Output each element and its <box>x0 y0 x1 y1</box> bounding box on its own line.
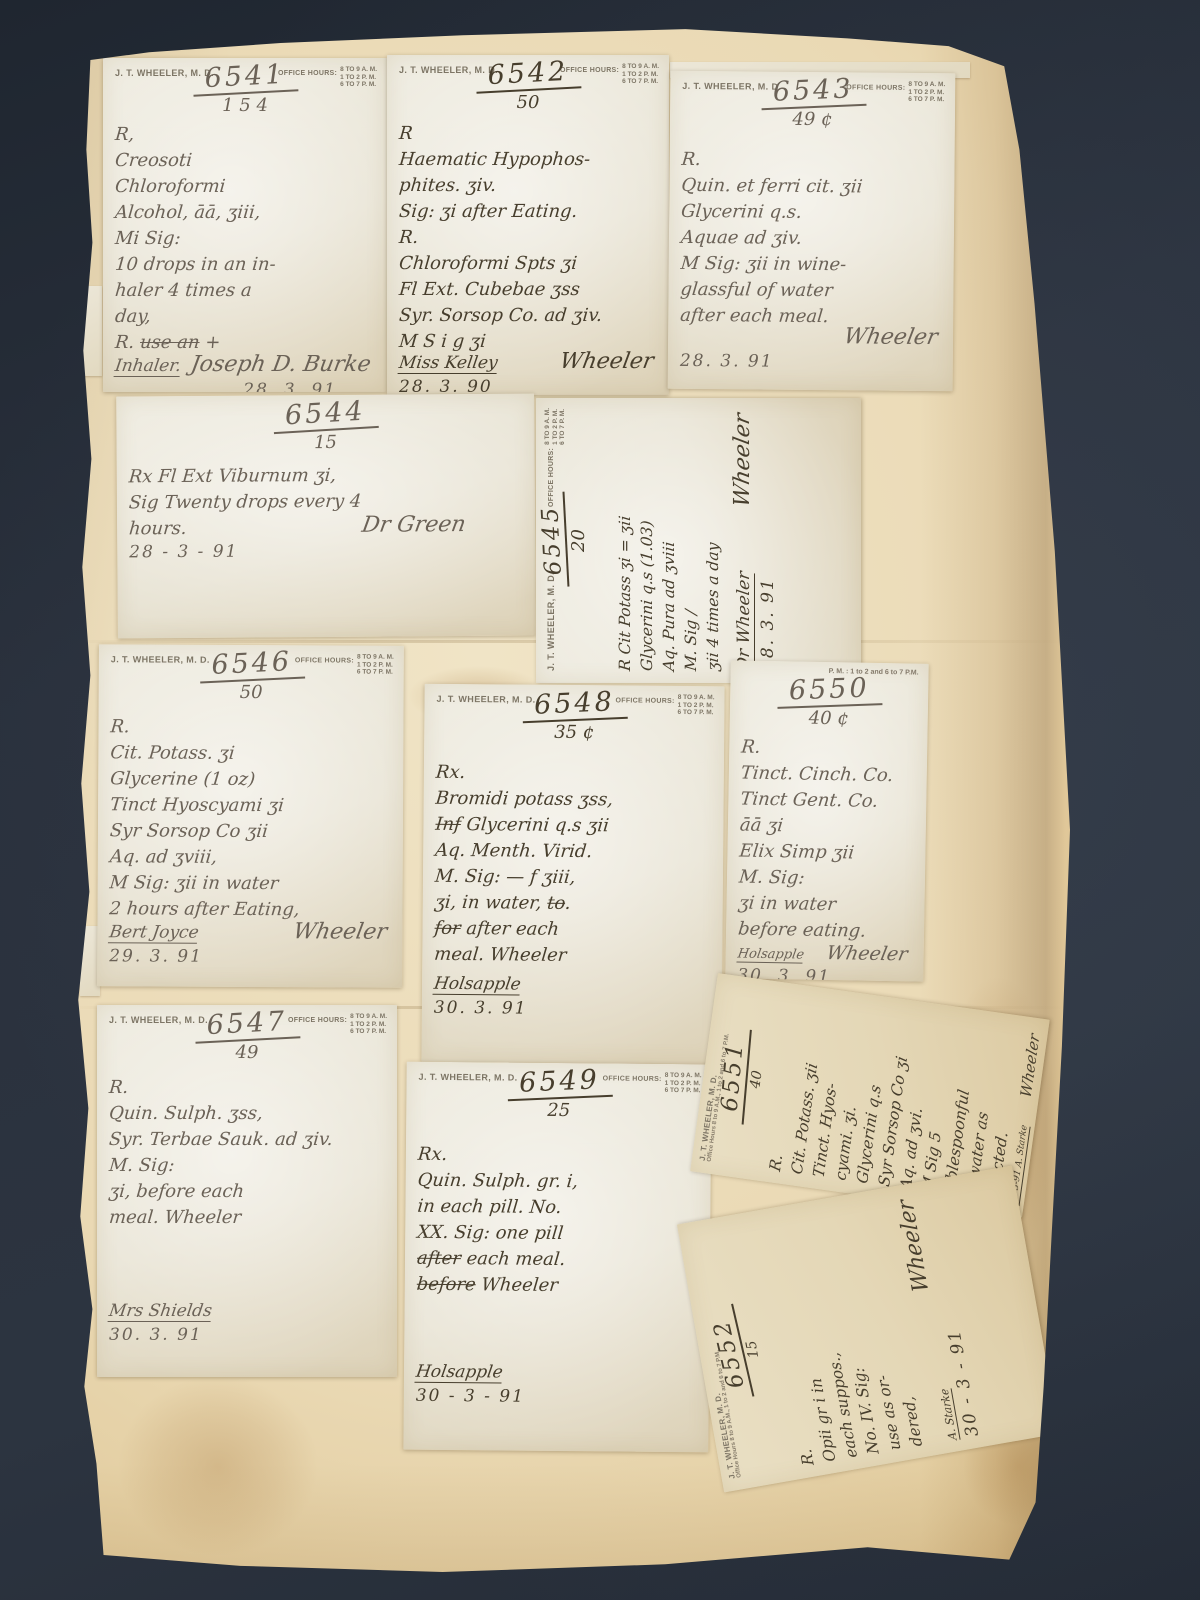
text-line: 6 TO 7 P. M. <box>559 408 567 445</box>
patient-name: Mrs Shields <box>108 1301 214 1322</box>
text-line: 6 TO 7 P. M. <box>678 709 715 717</box>
text-line: 6 TO 7 P. M. <box>340 81 377 89</box>
rx-number-block: 6542 50 <box>476 58 581 113</box>
text-line: Sig Twenty drops every 4 <box>128 488 526 517</box>
doctor-signature: Wheeler <box>825 942 916 965</box>
text-line: meal. Wheeler <box>433 942 713 970</box>
rx-number-block: 6548 35 ¢ <box>522 688 627 744</box>
rx-fee: 1 5 4 <box>193 95 298 116</box>
rx-fee: 50 <box>199 682 304 704</box>
text-line: ʒii 4 times a day <box>702 407 724 672</box>
text-line: 1 TO 2 P. M. <box>622 71 659 79</box>
office-hours-times: 8 TO 9 A. M.1 TO 2 P. M.6 TO 7 P. M. <box>622 63 659 86</box>
prescription-slip-6544: 6544 15 Rx Fl Ext Viburnum ʒi,Sig Twenty… <box>116 394 536 639</box>
text-line: M Sig: ʒii in water <box>108 870 393 897</box>
rx-body: Rx.Bromidi potass ʒss,Inf Glycerini q.s … <box>434 760 714 970</box>
prescription-slip-6543: J. T. WHEELER, M. D. OFFICE HOURS: 8 TO … <box>668 71 956 391</box>
text-line: Cit. Potass. ʒi <box>109 740 394 767</box>
printed-office-hours: OFFICE HOURS: 8 TO 9 A. M.1 TO 2 P. M.6 … <box>615 693 714 716</box>
text-line: R <box>398 121 660 147</box>
rx-body: R.Tinct. Cinch. Co.Tinct Gent. Co.āā ʒiE… <box>738 734 918 945</box>
rx-date: 30. 3. 91 <box>109 1325 387 1345</box>
rx-number: 6544 <box>272 395 378 434</box>
prescription-slip-6547: J. T. WHEELER, M. D. OFFICE HOURS: 8 TO … <box>97 1005 397 1377</box>
rx-number: 6543 <box>760 73 866 111</box>
text-line: M. Sig: — f ʒiii, <box>434 864 714 892</box>
rx-date: 28. 3. 91 <box>758 408 778 671</box>
rx-number-block: 6549 25 <box>506 1066 611 1122</box>
printed-doctor-name: J. T. WHEELER, M. D. <box>111 654 210 665</box>
printed-doctor-name: J. T. WHEELER, M. D. <box>419 1072 518 1083</box>
text-line: 8 TO 9 A. M. <box>622 63 659 71</box>
text-line: Creosoti <box>114 148 378 174</box>
rx-fee: 15 <box>273 432 378 454</box>
rx-body: Rx.Quin. Sulph. gr. i,in each pill. No.X… <box>417 1142 701 1300</box>
rx-fee: 25 <box>506 1100 611 1122</box>
prescription-slip-6546: J. T. WHEELER, M. D. OFFICE HOURS: 8 TO … <box>97 644 404 988</box>
text-line: 6 TO 7 P. M. <box>350 1028 387 1036</box>
rx-number-block: 6541 1 5 4 <box>193 61 298 116</box>
rx-number-block: 6547 49 <box>195 1008 300 1063</box>
rotated-slip-surface: J. T. WHEELER, M. D. OFFICE HOURS: 8 TO … <box>536 398 861 683</box>
text-line: Fl Ext. Cubebae ʒss <box>398 277 660 303</box>
text-line: Chloroformi <box>114 174 378 200</box>
text-line: phites. ʒiv. <box>398 173 660 199</box>
rx-fee: 35 ¢ <box>522 722 627 744</box>
text-line: āā ʒi <box>739 813 918 842</box>
text-line: R. <box>398 225 660 251</box>
rx-date: 29. 3. 91 <box>109 946 392 967</box>
backdrop: J. T. WHEELER, M. D. OFFICE HOURS: 8 TO … <box>0 0 1200 1600</box>
prescription-slip-6552: J. T. WHEELER, M. D. Office Hours 8 to 9… <box>677 1166 1059 1493</box>
rx-number-block: 6544 15 <box>273 398 378 454</box>
prescription-slip-6549: J. T. WHEELER, M. D. OFFICE HOURS: 8 TO … <box>403 1062 711 1453</box>
patient-name: Bert Joyce <box>108 922 200 943</box>
text-line: 10 drops in an in- <box>114 252 378 278</box>
text-line: M Sig: ʒii in wine- <box>679 251 944 279</box>
text-line: M. Sig: <box>738 864 917 893</box>
text-line: Tinct Hyoscyami ʒi <box>109 792 394 819</box>
text-line: Elix Simp ʒii <box>738 838 917 867</box>
rx-number-block: 6546 50 <box>199 648 304 704</box>
text-line: after each meal. <box>416 1246 701 1274</box>
office-hours-times: 8 TO 9 A. M.1 TO 2 P. M.6 TO 7 P. M. <box>340 66 377 89</box>
rx-fee: 40 ¢ <box>776 707 881 730</box>
text-line: Tinct Gent. Co. <box>739 787 918 816</box>
text-line: Syr. Sorsop Co. ad ʒiv. <box>398 303 660 329</box>
office-hours-times: 8 TO 9 A. M.1 TO 2 P. M.6 TO 7 P. M. <box>678 694 715 717</box>
text-line: R. use an + <box>114 330 378 356</box>
prescription-slip-6545: J. T. WHEELER, M. D. OFFICE HOURS: 8 TO … <box>536 398 861 683</box>
rx-date: 30 - 3 - 91 <box>416 1386 699 1408</box>
text-line: Syr Sorsop Co ʒii <box>109 818 394 845</box>
office-hours-times: 8 TO 9 A. M.1 TO 2 P. M.6 TO 7 P. M. <box>357 654 394 677</box>
text-line: 6 TO 7 P. M. <box>622 78 659 86</box>
scrapbook-page: J. T. WHEELER, M. D. OFFICE HOURS: 8 TO … <box>58 26 1070 1572</box>
text-line: after each meal. <box>679 303 944 331</box>
text-line: R. <box>680 147 945 175</box>
text-line: Rx. <box>417 1142 702 1170</box>
office-hours-times: 8 TO 9 A. M.1 TO 2 P. M.6 TO 7 P. M. <box>350 1013 387 1036</box>
text-line: 8 TO 9 A. M. <box>340 66 377 74</box>
paper-scrap <box>76 286 102 376</box>
rx-number: 6547 <box>194 1005 300 1043</box>
prescription-slip-6548: J. T. WHEELER, M. D. OFFICE HOURS: 8 TO … <box>421 684 724 1065</box>
rx-body: R.Quin. et ferri cit. ʒiiGlycerini q.s.A… <box>680 147 945 331</box>
text-line: glassful of water <box>679 277 944 305</box>
rx-number: 6549 <box>506 1064 612 1102</box>
rx-fee: 49 ¢ <box>760 109 865 131</box>
text-line: 6 TO 7 P. M. <box>357 669 394 677</box>
text-line: 8 TO 9 A. M. <box>544 408 552 445</box>
doctor-signature: Wheeler <box>730 406 755 510</box>
text-line: M S i g ʒi <box>398 329 660 355</box>
text-line: Rx. <box>435 760 715 788</box>
patient-name: Dr Wheeler <box>734 570 755 672</box>
text-line: M. Sig / <box>680 407 702 672</box>
text-line: Quin. Sulph. ʒss, <box>108 1101 388 1127</box>
prescription-slip-6541: J. T. WHEELER, M. D. OFFICE HOURS: 8 TO … <box>103 58 387 392</box>
patient-name: Inhaler. <box>114 356 183 377</box>
rx-date: 28. 3. 91 <box>115 380 377 392</box>
text-line: Aq. ad ʒviii, <box>109 844 394 871</box>
text-line: M. Sig: <box>108 1153 388 1179</box>
text-line: hours. <box>128 514 526 543</box>
rx-number: 6548 <box>521 686 627 724</box>
rx-body: R.Quin. Sulph. ʒss,Syr. Terbae Sauk. ad … <box>109 1075 387 1231</box>
signature-row: Mrs Shields <box>109 1301 387 1322</box>
text-line: Bromidi potass ʒss, <box>434 786 714 814</box>
text-line: haler 4 times a <box>114 278 378 304</box>
rx-body: Rx Fl Ext Viburnum ʒi,Sig Twenty drops e… <box>129 462 526 543</box>
text-line: Glycerini q.s. <box>680 199 945 227</box>
printed-office-hours: OFFICE HOURS: 8 TO 9 A. M.1 TO 2 P. M.6 … <box>288 1013 387 1036</box>
text-line: ʒi, before each <box>108 1179 388 1205</box>
text-line: Haematic Hypophos- <box>398 147 660 173</box>
text-line: Tinct. Cinch. Co. <box>739 761 918 790</box>
signature-row: Holsapple <box>434 974 712 997</box>
text-line: Glycerine (1 oz) <box>109 766 394 793</box>
rx-number-block: 6545 20 <box>539 493 589 588</box>
rx-number-block: 6543 49 ¢ <box>760 75 865 131</box>
rx-fee: 20 <box>568 493 589 588</box>
text-line: 1 TO 2 P. M. <box>350 1021 387 1029</box>
rx-date: 28. 3. 90 <box>399 377 659 395</box>
text-line: Glycerini q.s (1.03) <box>636 407 658 672</box>
rotated-slip-surface: J. T. WHEELER, M. D. Office Hours 8 to 9… <box>677 1166 1059 1493</box>
text-line: Aquae ad ʒiv. <box>680 225 945 253</box>
signature-row: Dr Wheeler Wheeler <box>730 408 755 671</box>
text-line: Quin. et ferri cit. ʒii <box>680 173 945 201</box>
text-line: in each pill. No. <box>416 1194 701 1222</box>
prescription-slip-6542: J. T. WHEELER, M. D. OFFICE HOURS: 8 TO … <box>387 55 669 395</box>
patient-name: Holsapple <box>432 974 522 996</box>
signature-row: Holsapple <box>416 1362 699 1385</box>
text-line: 1 TO 2 P. M. <box>340 74 377 82</box>
text-line: XX. Sig: one pill <box>416 1220 701 1248</box>
rx-body: R,CreosotiChloroformiAlcohol, āā, ʒiii,M… <box>115 122 377 356</box>
rx-body: RHaematic Hypophos-phites. ʒiv.Sig: ʒi a… <box>399 121 659 355</box>
rx-number-block: 6551 40 <box>713 1028 771 1128</box>
text-line: R. <box>109 714 394 741</box>
rx-date: 28 - 3 - 91 <box>129 540 525 563</box>
stain <box>118 1376 318 1556</box>
office-hours-times: 8 TO 9 A. M.1 TO 2 P. M.6 TO 7 P. M. <box>665 1072 702 1095</box>
text-line: ʒi in water <box>737 890 916 919</box>
rx-number: 6546 <box>198 646 304 684</box>
text-line: Aq. Pura ad ʒviii <box>658 407 680 672</box>
text-line: Alcohol, āā, ʒiii, <box>114 200 378 226</box>
rx-fee: 50 <box>476 92 581 113</box>
rx-body: R.Cit. Potass. ʒiGlycerine (1 oz)Tinct H… <box>109 714 393 923</box>
prescription-slip-6550: P. M. : 1 to 2 and 6 to 7 P.M. 6550 40 ¢… <box>725 660 929 981</box>
text-line: meal. Wheeler <box>108 1205 388 1231</box>
rx-fee: 49 <box>195 1042 300 1063</box>
text-line: 1 TO 2 P. M. <box>552 408 560 445</box>
text-line: Sig: ʒi after Eating. <box>398 199 660 225</box>
text-line: R. <box>740 735 919 764</box>
text-line: before eating. <box>737 916 916 945</box>
office-hours-times: 8 TO 9 A. M.1 TO 2 P. M.6 TO 7 P. M. <box>544 408 567 445</box>
text-line: 6 TO 7 P. M. <box>665 1087 702 1095</box>
text-line: 8 TO 9 A. M. <box>350 1013 387 1021</box>
rx-body: R Cit Potass ʒi = ʒiiGlycerini q.s (1.03… <box>614 408 724 671</box>
text-line: R, <box>114 122 378 148</box>
rx-date: 30. 3. 91 <box>434 998 712 1020</box>
text-line: Syr. Terbae Sauk. ad ʒiv. <box>108 1127 388 1153</box>
patient-name: Miss Kelley <box>398 353 499 374</box>
text-line: R Cit Potass ʒi = ʒii <box>614 407 636 672</box>
text-line: R. <box>108 1075 388 1101</box>
rx-number: 6545 <box>537 493 570 589</box>
text-line: Quin. Sulph. gr. i, <box>416 1168 701 1196</box>
text-line: Chloroformi Spts ʒi <box>398 251 660 277</box>
rx-number: 6542 <box>475 55 581 93</box>
rx-number-block: 6550 40 ¢ <box>776 673 882 730</box>
text-line: Inf Glycerini q.s ʒii <box>434 812 714 840</box>
office-hours-times: 8 TO 9 A. M.1 TO 2 P. M.6 TO 7 P. M. <box>908 81 945 104</box>
text-line: day, <box>114 304 378 330</box>
printed-office-hours: OFFICE HOURS: 8 TO 9 A. M.1 TO 2 P. M.6 … <box>602 1071 701 1094</box>
text-line: for after each <box>433 916 713 944</box>
printed-office-hours: OFFICE HOURS: 8 TO 9 A. M.1 TO 2 P. M.6 … <box>295 653 394 676</box>
text-line: Mi Sig: <box>114 226 378 252</box>
rx-number: 6541 <box>192 58 298 96</box>
rx-date: 28. 3. 91 <box>680 351 943 373</box>
text-line: Aq. Menth. Virid. <box>434 838 714 866</box>
text-line: ʒi, in water, to. <box>433 890 713 918</box>
text-line: 2 hours after Eating, <box>108 896 393 923</box>
text-line: Rx Fl Ext Viburnum ʒi, <box>128 462 526 491</box>
patient-name: Holsapple <box>736 946 805 963</box>
text-line: before Wheeler <box>416 1272 701 1300</box>
text-line: 6 TO 7 P. M. <box>908 96 945 104</box>
patient-name: Holsapple <box>414 1362 504 1384</box>
rx-number: 6550 <box>776 672 882 709</box>
